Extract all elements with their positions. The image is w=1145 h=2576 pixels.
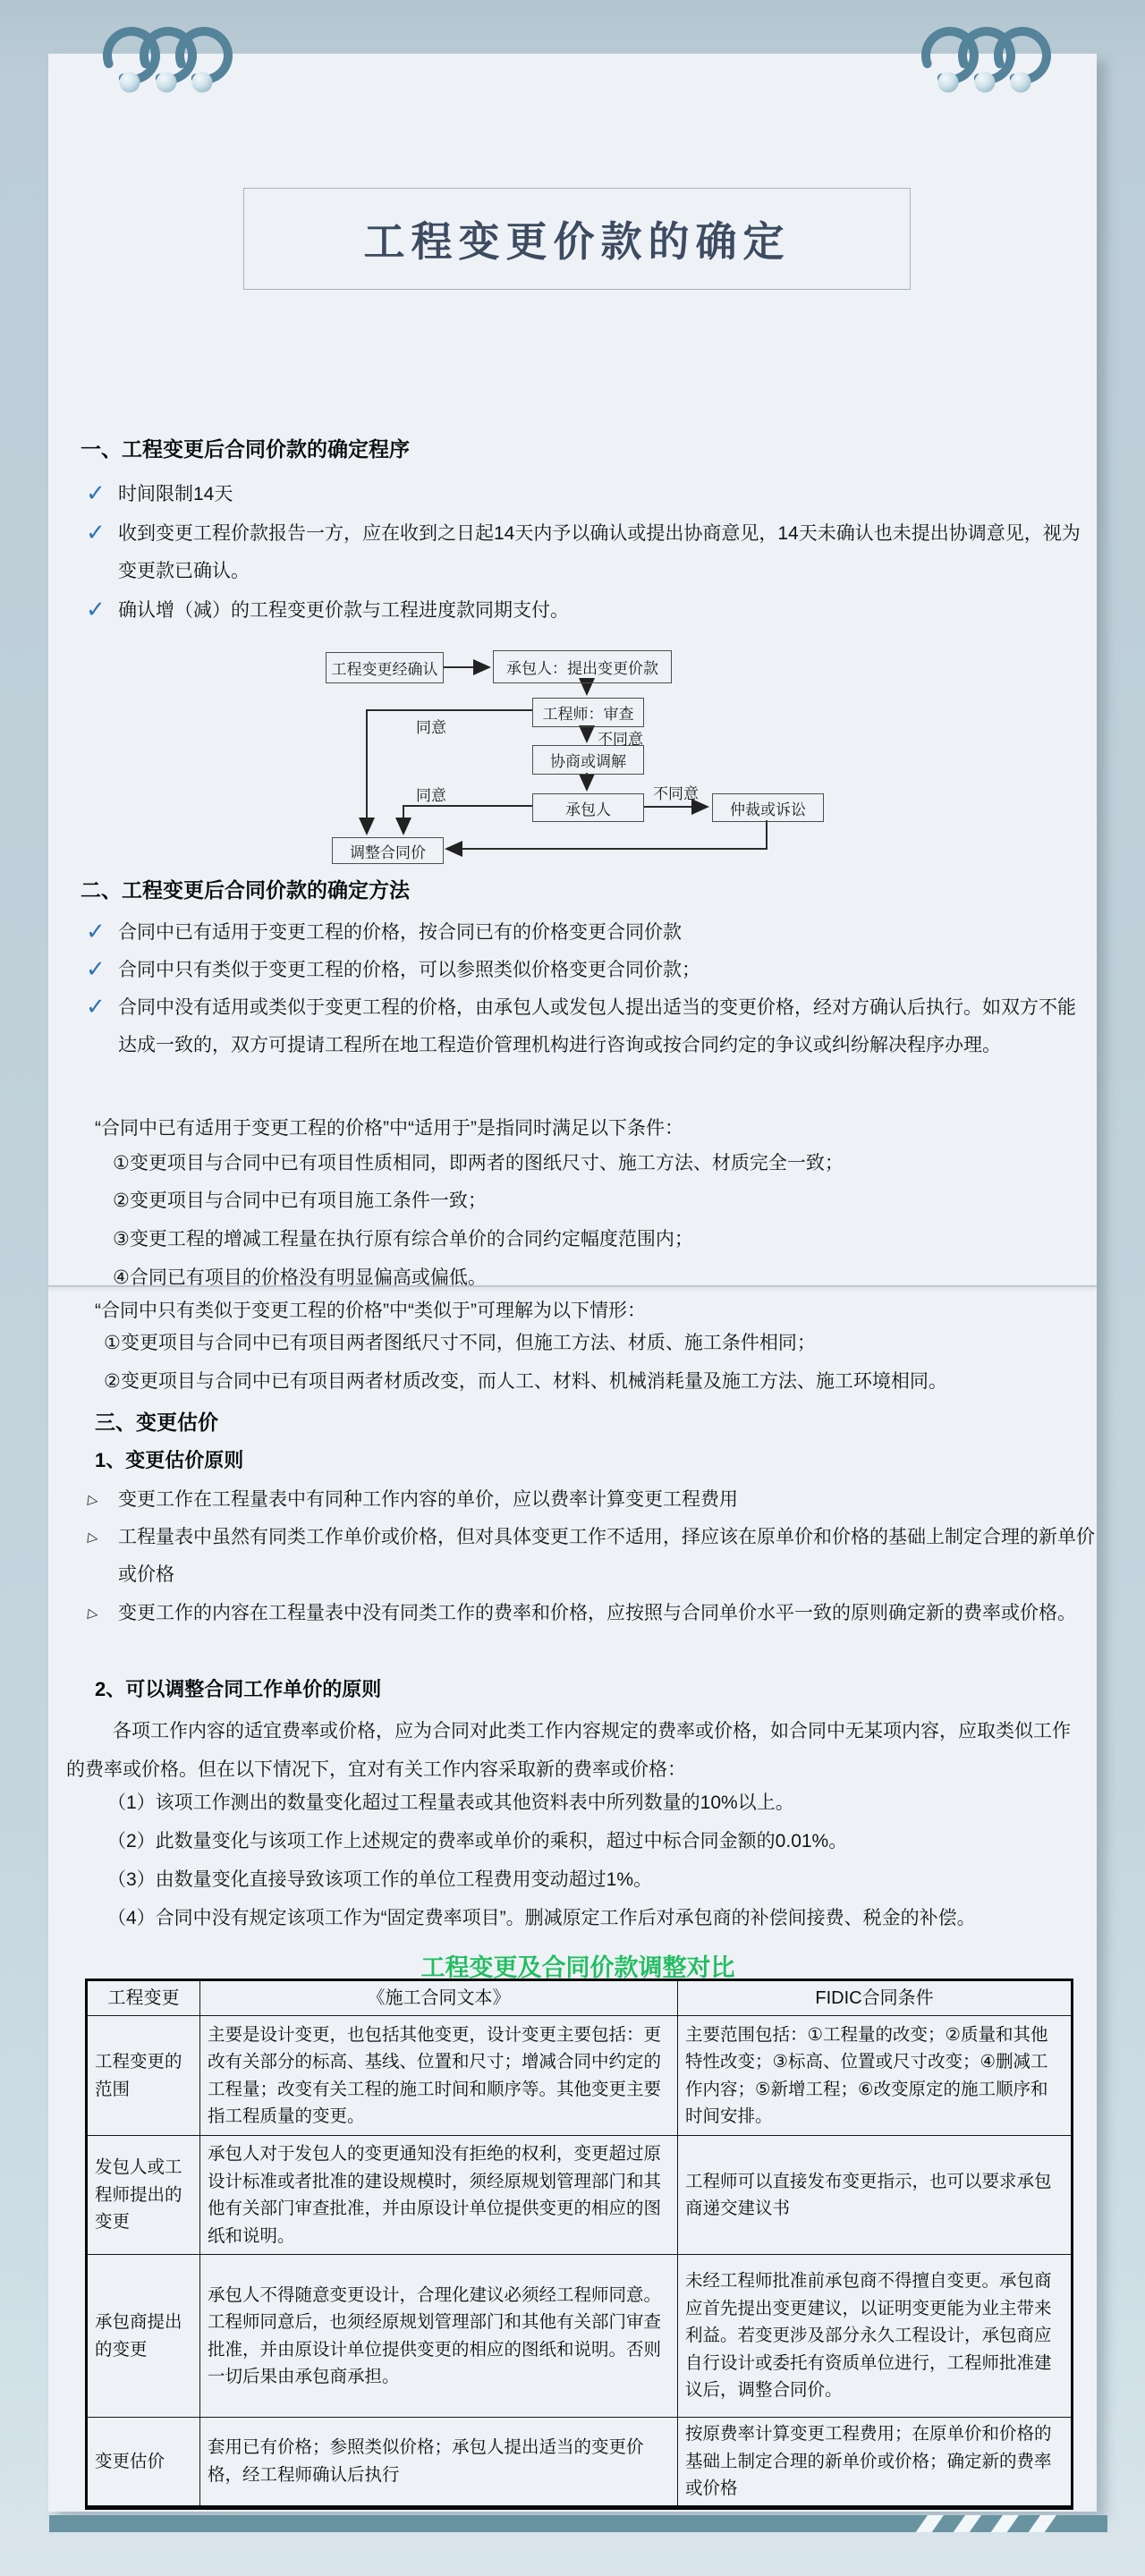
section3-sub2: 2、可以调整合同工作单价的原则 [95,1674,381,1702]
numbered-item: （3）由数量变化直接导致该项工作的单位工程费用变动超过1%。 [107,1867,652,1894]
check-icon: ✓ [86,590,106,628]
table-row: 发包人或工程师提出的变更 承包人对于发包人的变更通知没有拒绝的权利，变更超过原设… [87,2136,1073,2255]
list-item: ▷ 工程量表中虽然有同类工作单价或价格，但对具体变更工作不适用，择应该在原单价和… [86,1519,1098,1594]
page-title: 工程变更价款的确定 [364,209,791,268]
list-item-text: 确认增（减）的工程变更价款与工程进度款同期支付。 [118,600,569,621]
table-row: 承包商提出的变更 承包人不得随意变更设计，合理化建议必须经工程师同意。工程师同意… [87,2255,1073,2418]
row-label: 发包人或工程师提出的变更 [87,2136,200,2255]
list-item: ▷ 变更工作在工程量表中有同种工作内容的单价，应以费率计算变更工程费用 [86,1481,1098,1519]
list-item: ✓ 收到变更工程价款报告一方，应在收到之日起14天内予以确认或提出协商意见，14… [86,515,1093,590]
table-cell: 承包人对于发包人的变更通知没有拒绝的权利，变更超过原设计标准或者批准的建设规模时… [200,2136,678,2255]
footer-accent-bar [49,2515,1107,2532]
table-header-fidic: FIDIC合同条件 [678,1980,1073,2016]
flowchart-box-contractor: 承包人 [532,793,644,822]
similar-item: ①变更项目与合同中已有项目两者图纸尺寸不同，但施工方法、材质、施工条件相同； [104,1330,816,1357]
list-item-text: 工程量表中虽然有同类工作单价或价格，但对具体变更工作不适用，择应该在原单价和价格… [118,1527,1095,1585]
table-header-construction-contract: 《施工合同文本》 [200,1980,678,2016]
list-item-text: 合同中没有适用或类似于变更工程的价格，由承包人或发包人提出适当的变更价格，经对方… [118,997,1076,1055]
flowchart-label-disagree: 不同意 [653,781,699,803]
applicable-item: ④合同已有项目的价格没有明显偏高或偏低。 [113,1265,487,1292]
list-item: ✓ 时间限制14天 [86,476,1093,513]
applicable-intro: “合同中已有适用于变更工程的价格”中“适用于”是指同时满足以下条件： [95,1109,1070,1148]
adjust-principle-paragraph: 各项工作内容的适宜费率或价格，应为合同对此类工作内容规定的费率或价格，如合同中无… [66,1712,1086,1789]
section3-heading: 三、变更估价 [95,1406,218,1436]
applicable-item: ②变更项目与合同中已有项目施工条件一致； [113,1188,487,1215]
section2-heading: 二、工程变更后合同价款的确定方法 [81,874,410,903]
notebook-page: 工程变更价款的确定 一、工程变更后合同价款的确定程序 ✓ 时间限制14天 ✓ 收… [48,54,1097,2512]
table-header-row: 工程变更 《施工合同文本》 FIDIC合同条件 [87,1980,1073,2016]
table-cell: 承包人不得随意变更设计，合理化建议必须经工程师同意。工程师同意后，也须经原规划管… [200,2255,678,2418]
arrow-bullet-icon: ▷ [85,1519,100,1557]
arrow-bullet-icon: ▷ [85,1481,100,1520]
similar-intro: “合同中只有类似于变更工程的价格”中“类似于”可理解为以下情形： [95,1292,1070,1330]
numbered-item: （1）该项工作测出的数量变化超过工程量表或其他资料表中所列数量的10%以上。 [107,1790,794,1817]
check-icon: ✓ [86,950,106,987]
row-label: 工程变更的范围 [87,2016,200,2136]
list-item-text: 变更工作在工程量表中有同种工作内容的单价，应以费率计算变更工程费用 [118,1489,738,1510]
list-item-text: 收到变更工程价款报告一方，应在收到之日起14天内予以确认或提出协商意见，14天未… [118,523,1081,581]
list-item-text: 合同中已有适用于变更工程的价格，按合同已有的价格变更合同价款 [118,922,682,943]
flowchart-label-agree: 同意 [416,715,446,737]
footer-stripe [989,2515,1021,2532]
list-item: ✓ 合同中已有适用于变更工程的价格，按合同已有的价格变更合同价款 [86,914,1093,952]
footer-stripe [1027,2515,1058,2532]
flowchart-box-mediation: 协商或调解 [532,745,644,775]
numbered-item: （4）合同中没有规定该项工作为“固定费率项目”。删减原定工作后对承包商的补偿间接… [107,1905,976,1932]
list-item: ✓ 合同中没有适用或类似于变更工程的价格，由承包人或发包人提出适当的变更价格，经… [86,989,1093,1064]
row-label: 承包商提出的变更 [87,2255,200,2418]
row-label: 变更估价 [87,2418,200,2508]
approval-flowchart: 工程变更经确认 承包人：提出变更价款 工程师：审查 协商或调解 承包人 仲裁或诉… [313,640,850,872]
flowchart-label-agree: 同意 [416,783,446,805]
similar-item: ②变更项目与合同中已有项目两者材质改变，而人工、材料、机械消耗量及施工方法、施工… [104,1368,947,1395]
flowchart-label-disagree: 不同意 [598,726,643,749]
check-icon: ✓ [86,987,106,1025]
table-cell: 工程师可以直接发布变更指示，也可以要求承包商递交建议书 [678,2136,1073,2255]
applicable-item: ①变更项目与合同中已有项目性质相同，即两者的图纸尺寸、施工方法、材质完全一致； [113,1150,844,1177]
list-item-text: 时间限制14天 [118,484,233,504]
flowchart-box-contractor-proposes: 承包人：提出变更价款 [493,650,672,683]
table-cell: 未经工程师批准前承包商不得擅自变更。承包商应首先提出变更建议，以证明变更能为业主… [678,2255,1073,2418]
spiral-binding-right-icon [917,20,1060,105]
spiral-binding-left-icon [98,20,242,105]
table-cell: 套用已有价格；参照类似价格；承包人提出适当的变更价格，经工程师确认后执行 [200,2418,678,2508]
flowchart-box-change-confirmed: 工程变更经确认 [326,652,444,683]
arrow-bullet-icon: ▷ [85,1595,100,1633]
table-row: 变更估价 套用已有价格；参照类似价格；承包人提出适当的变更价格，经工程师确认后执… [87,2418,1073,2508]
flowchart-box-adjust-price: 调整合同价 [332,837,444,864]
list-item-text: 合同中只有类似于变更工程的价格，可以参照类似价格变更合同价款； [118,960,700,980]
table-header-change: 工程变更 [87,1980,200,2016]
footer-stripe [952,2515,983,2532]
numbered-item: （2）此数量变化与该项工作上述规定的费率或单价的乘积，超过中标合同金额的0.01… [107,1828,847,1855]
footer-stripe [914,2515,946,2532]
list-item: ▷ 变更工作的内容在工程量表中没有同类工作的费率和价格，应按照与合同单价水平一致… [86,1595,1098,1632]
table-cell: 按原费率计算变更工程费用；在原单价和价格的基础上制定合理的新单价或价格；确定新的… [678,2418,1073,2508]
flowchart-box-engineer-review: 工程师：审查 [532,698,644,727]
flowchart-box-arbitration: 仲裁或诉讼 [712,793,824,822]
check-icon: ✓ [86,912,106,950]
check-icon: ✓ [86,474,106,512]
table-cell: 主要范围包括：①工程量的改变；②质量和其他特性改变；③标高、位置或尺寸改变；④删… [678,2016,1073,2136]
list-item-text: 变更工作的内容在工程量表中没有同类工作的费率和价格，应按照与合同单价水平一致的原… [118,1603,1076,1623]
table-row: 工程变更的范围 主要是设计变更，也包括其他变更，设计变更主要包括：更改有关部分的… [87,2016,1073,2136]
list-item: ✓ 合同中只有类似于变更工程的价格，可以参照类似价格变更合同价款； [86,952,1093,989]
check-icon: ✓ [86,513,106,551]
comparison-table: 工程变更 《施工合同文本》 FIDIC合同条件 工程变更的范围 主要是设计变更，… [85,1979,1073,2510]
title-box: 工程变更价款的确定 [243,188,911,290]
applicable-item: ③变更工程的增减工程量在执行原有综合单价的合同约定幅度范围内； [113,1226,693,1253]
section3-sub1: 1、变更估价原则 [95,1445,243,1473]
section1-heading: 一、工程变更后合同价款的确定程序 [81,433,410,462]
table-cell: 主要是设计变更，也包括其他变更，设计变更主要包括：更改有关部分的标高、基线、位置… [200,2016,678,2136]
list-item: ✓ 确认增（减）的工程变更价款与工程进度款同期支付。 [86,592,1093,630]
